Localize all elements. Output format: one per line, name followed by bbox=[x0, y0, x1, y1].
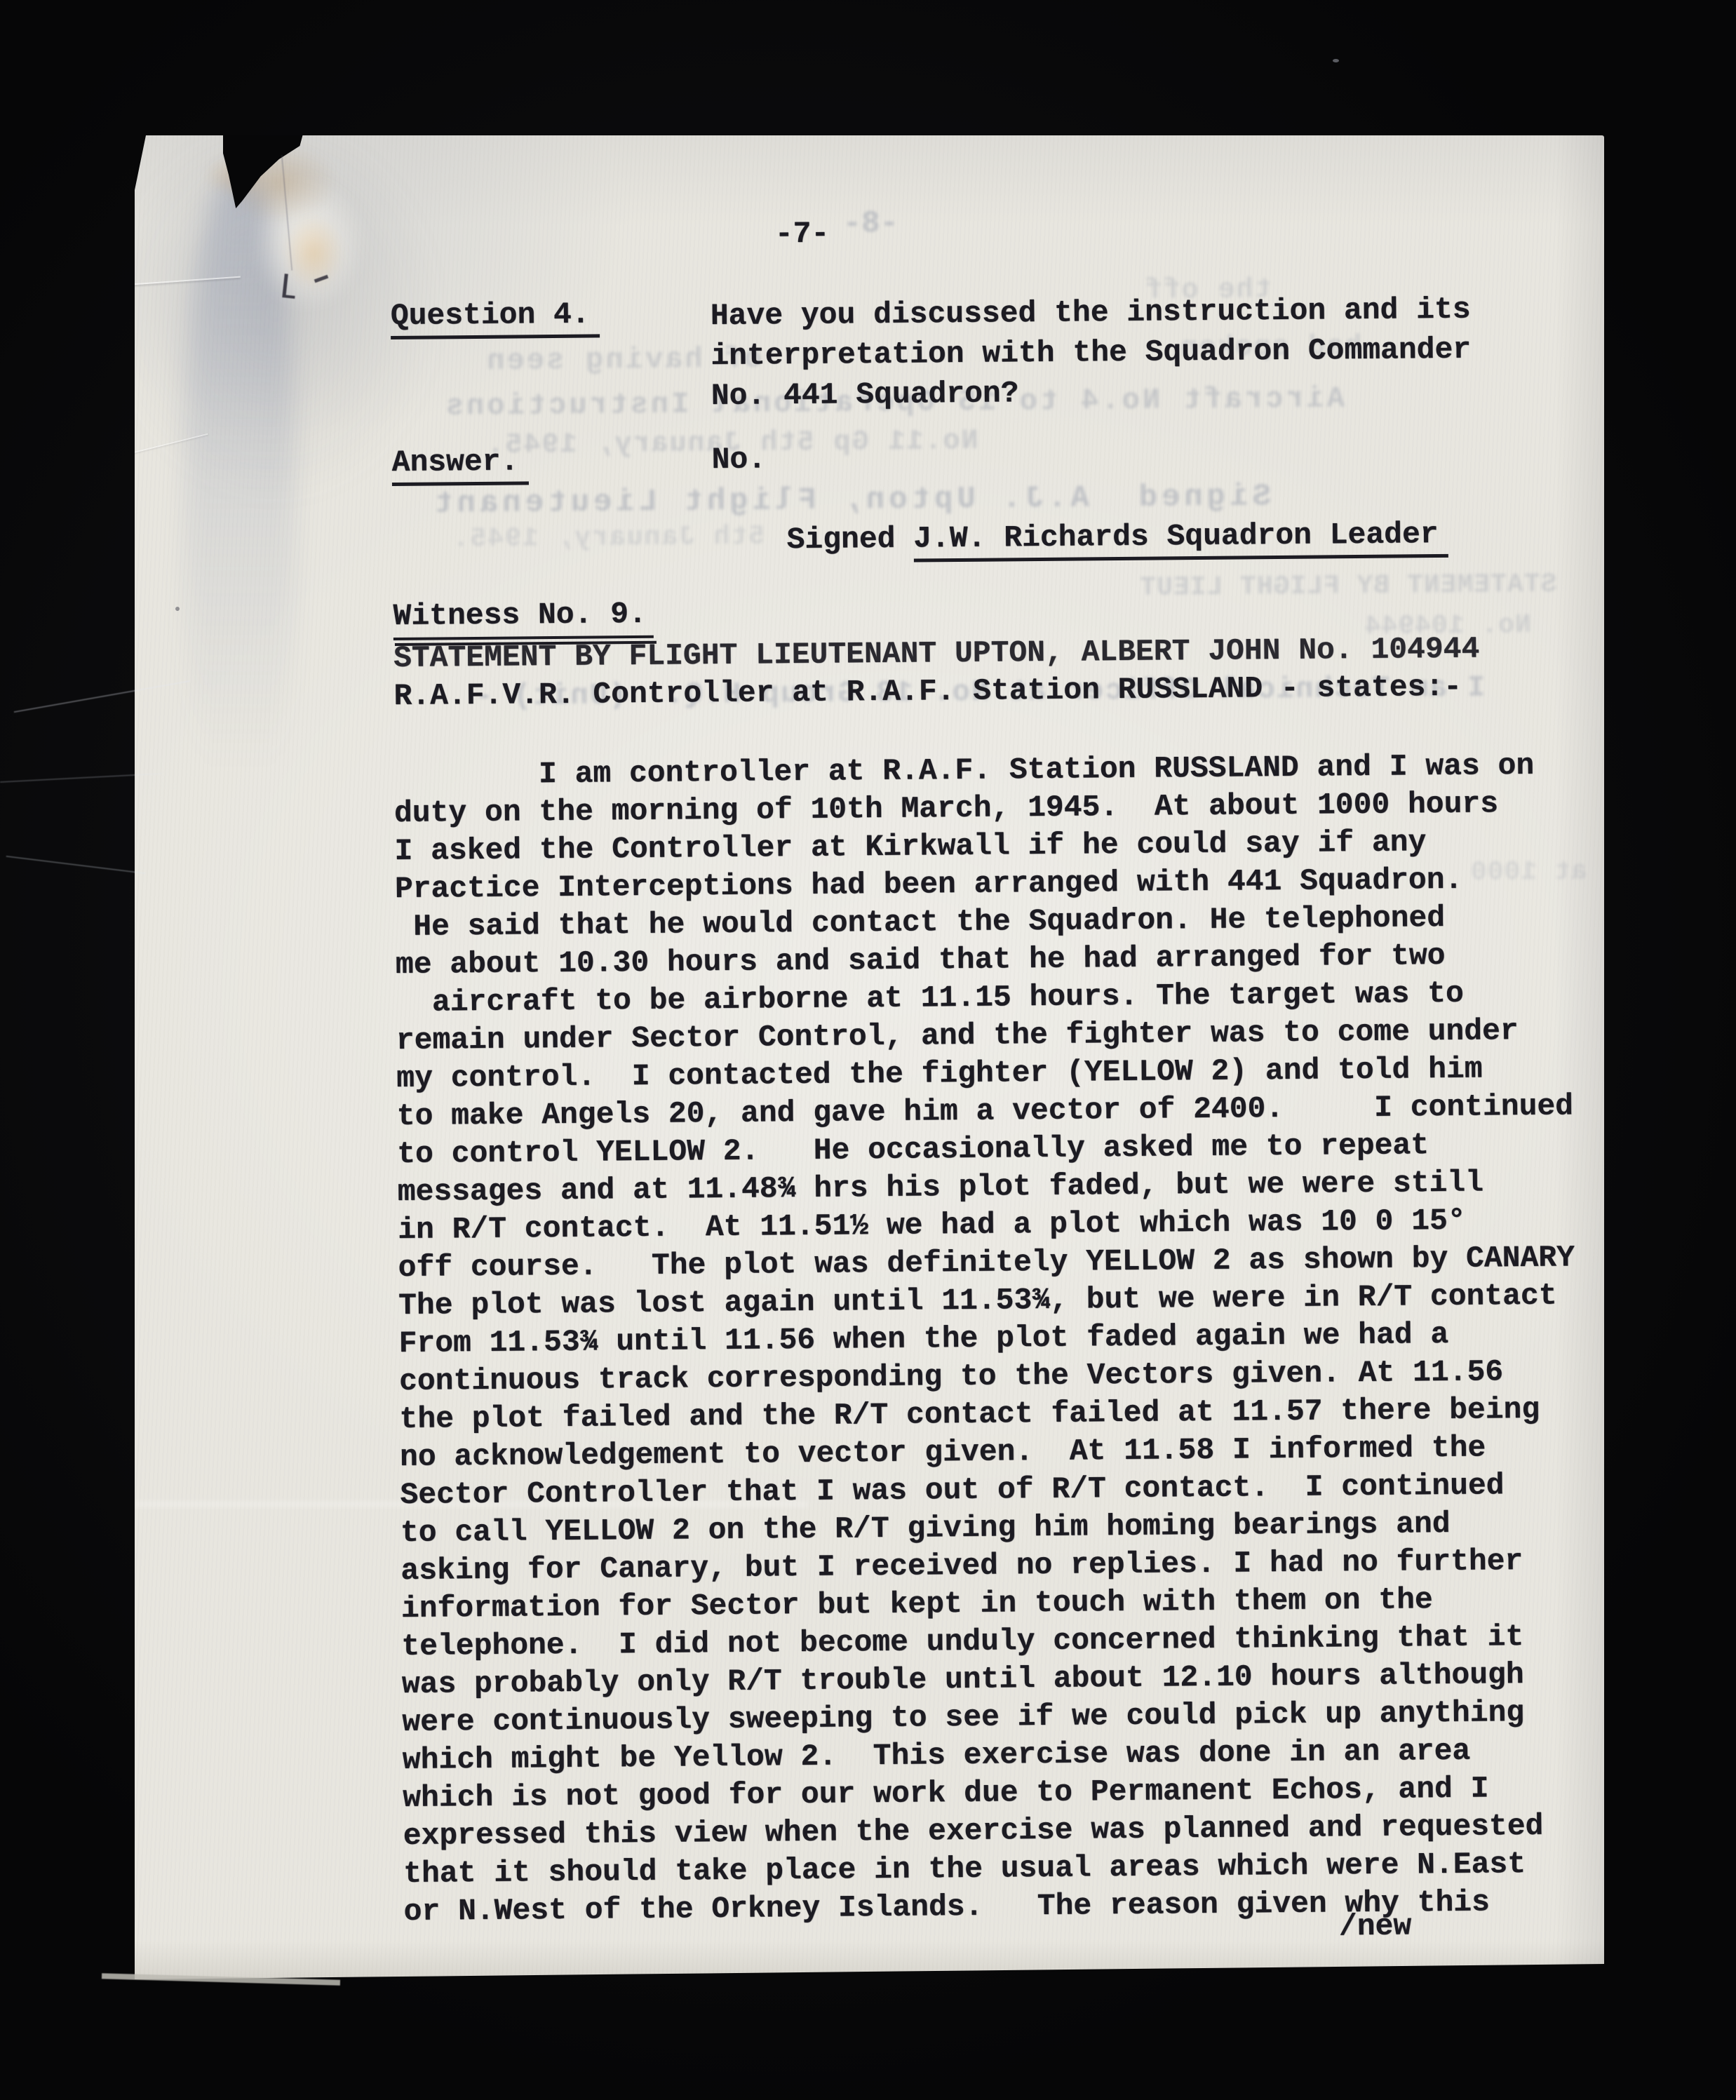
bleed-through-layer: -8-the offof having seenhad spokenAircra… bbox=[0, 0, 1727, 4]
scanned-photo: { "page": { "number": "-7-" }, "qa": { "… bbox=[0, 0, 1736, 2100]
answer-text: No. bbox=[711, 440, 766, 479]
ghost-text: 5th January, 1945. bbox=[451, 521, 765, 554]
ghost-text: Signed A.J. Upton, Flight Lieutenant bbox=[430, 479, 1271, 521]
answer-label: Answer. bbox=[391, 443, 528, 486]
question-line: Have you discussed the instruction and i… bbox=[711, 290, 1471, 336]
witness-heading-row: Witness No. 9. bbox=[393, 595, 654, 640]
typed-content-layer: -8-the offof having seenhad spokenAircra… bbox=[0, 0, 1736, 2100]
answer-label-row: Answer. bbox=[391, 443, 528, 486]
continuation-mark: /new bbox=[1339, 1907, 1412, 1946]
statement-body: I am controller at R.A.F. Station RUSSLA… bbox=[393, 746, 1580, 1931]
question-label-row: Question 4. bbox=[391, 295, 600, 339]
ghost-text: STATEMENT BY FLIGHT LIEUT bbox=[1139, 570, 1556, 603]
question-line: No. 441 Squadron? bbox=[711, 370, 1472, 416]
witness-heading: Witness No. 9. bbox=[393, 595, 654, 640]
question-line: interpretation with the Squadron Command… bbox=[711, 330, 1471, 376]
question-text: Have you discussed the instruction and i… bbox=[711, 290, 1472, 416]
question-label: Question 4. bbox=[391, 295, 600, 339]
signed-name: J.W. Richards Squadron Leader bbox=[913, 516, 1448, 563]
signature-line: Signed J.W. Richards Squadron Leader bbox=[786, 516, 1448, 563]
page-number: -7- bbox=[775, 215, 830, 254]
ghost-text: -8- bbox=[843, 206, 899, 242]
signed-prefix: Signed bbox=[786, 522, 913, 558]
